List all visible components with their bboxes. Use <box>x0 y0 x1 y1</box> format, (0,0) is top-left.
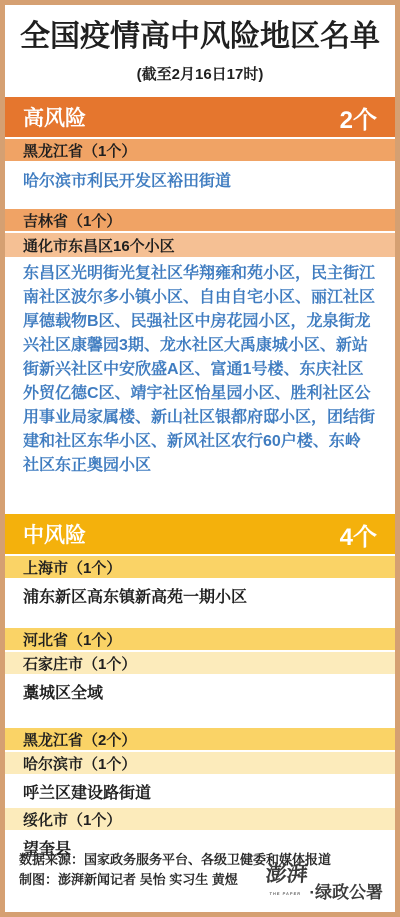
medium-risk-province-row: 上海市（1个） <box>5 556 395 578</box>
high-risk-province-row: 吉林省（1个） <box>5 209 395 231</box>
group-gap <box>5 706 395 726</box>
medium-risk-count: 4个 <box>340 517 377 552</box>
medium-risk-province-row: 河北省（1个） <box>5 628 395 650</box>
medium-risk-label: 中风险 <box>23 519 86 549</box>
high-risk-label: 高风险 <box>23 102 86 132</box>
medium-risk-location-row: 藁城区全域 <box>5 676 395 706</box>
high-risk-detail-paragraph: 东昌区光明街光复社区华翔雍和苑小区，民主街江南社区波尔多小镇小区、自由自宅小区、… <box>5 257 395 486</box>
group-gap <box>5 610 395 626</box>
publisher-logo: 澎湃 THE PAPER ·绿政公署 <box>265 864 383 904</box>
high-risk-location-row: 哈尔滨市利民开发区裕田街道 <box>5 163 395 195</box>
poster-frame: 全国疫情高中风险地区名单 (截至2月16日17时) 高风险 2个 黑龙江省（1个… <box>0 0 400 917</box>
pengpai-logo: 澎湃 THE PAPER <box>264 864 309 904</box>
medium-risk-province-row: 黑龙江省（2个） <box>5 728 395 750</box>
high-risk-count: 2个 <box>340 100 377 135</box>
high-risk-province-row: 黑龙江省（1个） <box>5 139 395 161</box>
pengpai-logo-subtext: THE PAPER <box>264 884 307 904</box>
group-gap <box>5 195 395 207</box>
poster-footer: 数据来源：国家政务服务平台、各级卫健委和媒体报道 制图：澎湃新闻记者 吴怡 实习… <box>5 840 395 912</box>
high-risk-city-row: 通化市东昌区16个小区 <box>5 233 395 257</box>
medium-risk-city-row: 绥化市（1个） <box>5 808 395 830</box>
medium-risk-city-row: 哈尔滨市（1个） <box>5 752 395 774</box>
lvzheng-gongshu-wordmark: ·绿政公署 <box>309 882 383 904</box>
medium-risk-location-row: 浦东新区高东镇新高苑一期小区 <box>5 580 395 610</box>
page-subtitle: (截至2月16日17时) <box>5 63 395 84</box>
poster-header: 全国疫情高中风险地区名单 (截至2月16日17时) <box>5 5 395 97</box>
medium-risk-city-row: 石家庄市（1个） <box>5 652 395 674</box>
medium-risk-location-row: 呼兰区建设路街道 <box>5 776 395 806</box>
high-risk-header-bar: 高风险 2个 <box>5 97 395 137</box>
section-gap <box>5 486 395 514</box>
page-title: 全国疫情高中风险地区名单 <box>5 18 395 56</box>
medium-risk-header-bar: 中风险 4个 <box>5 514 395 554</box>
